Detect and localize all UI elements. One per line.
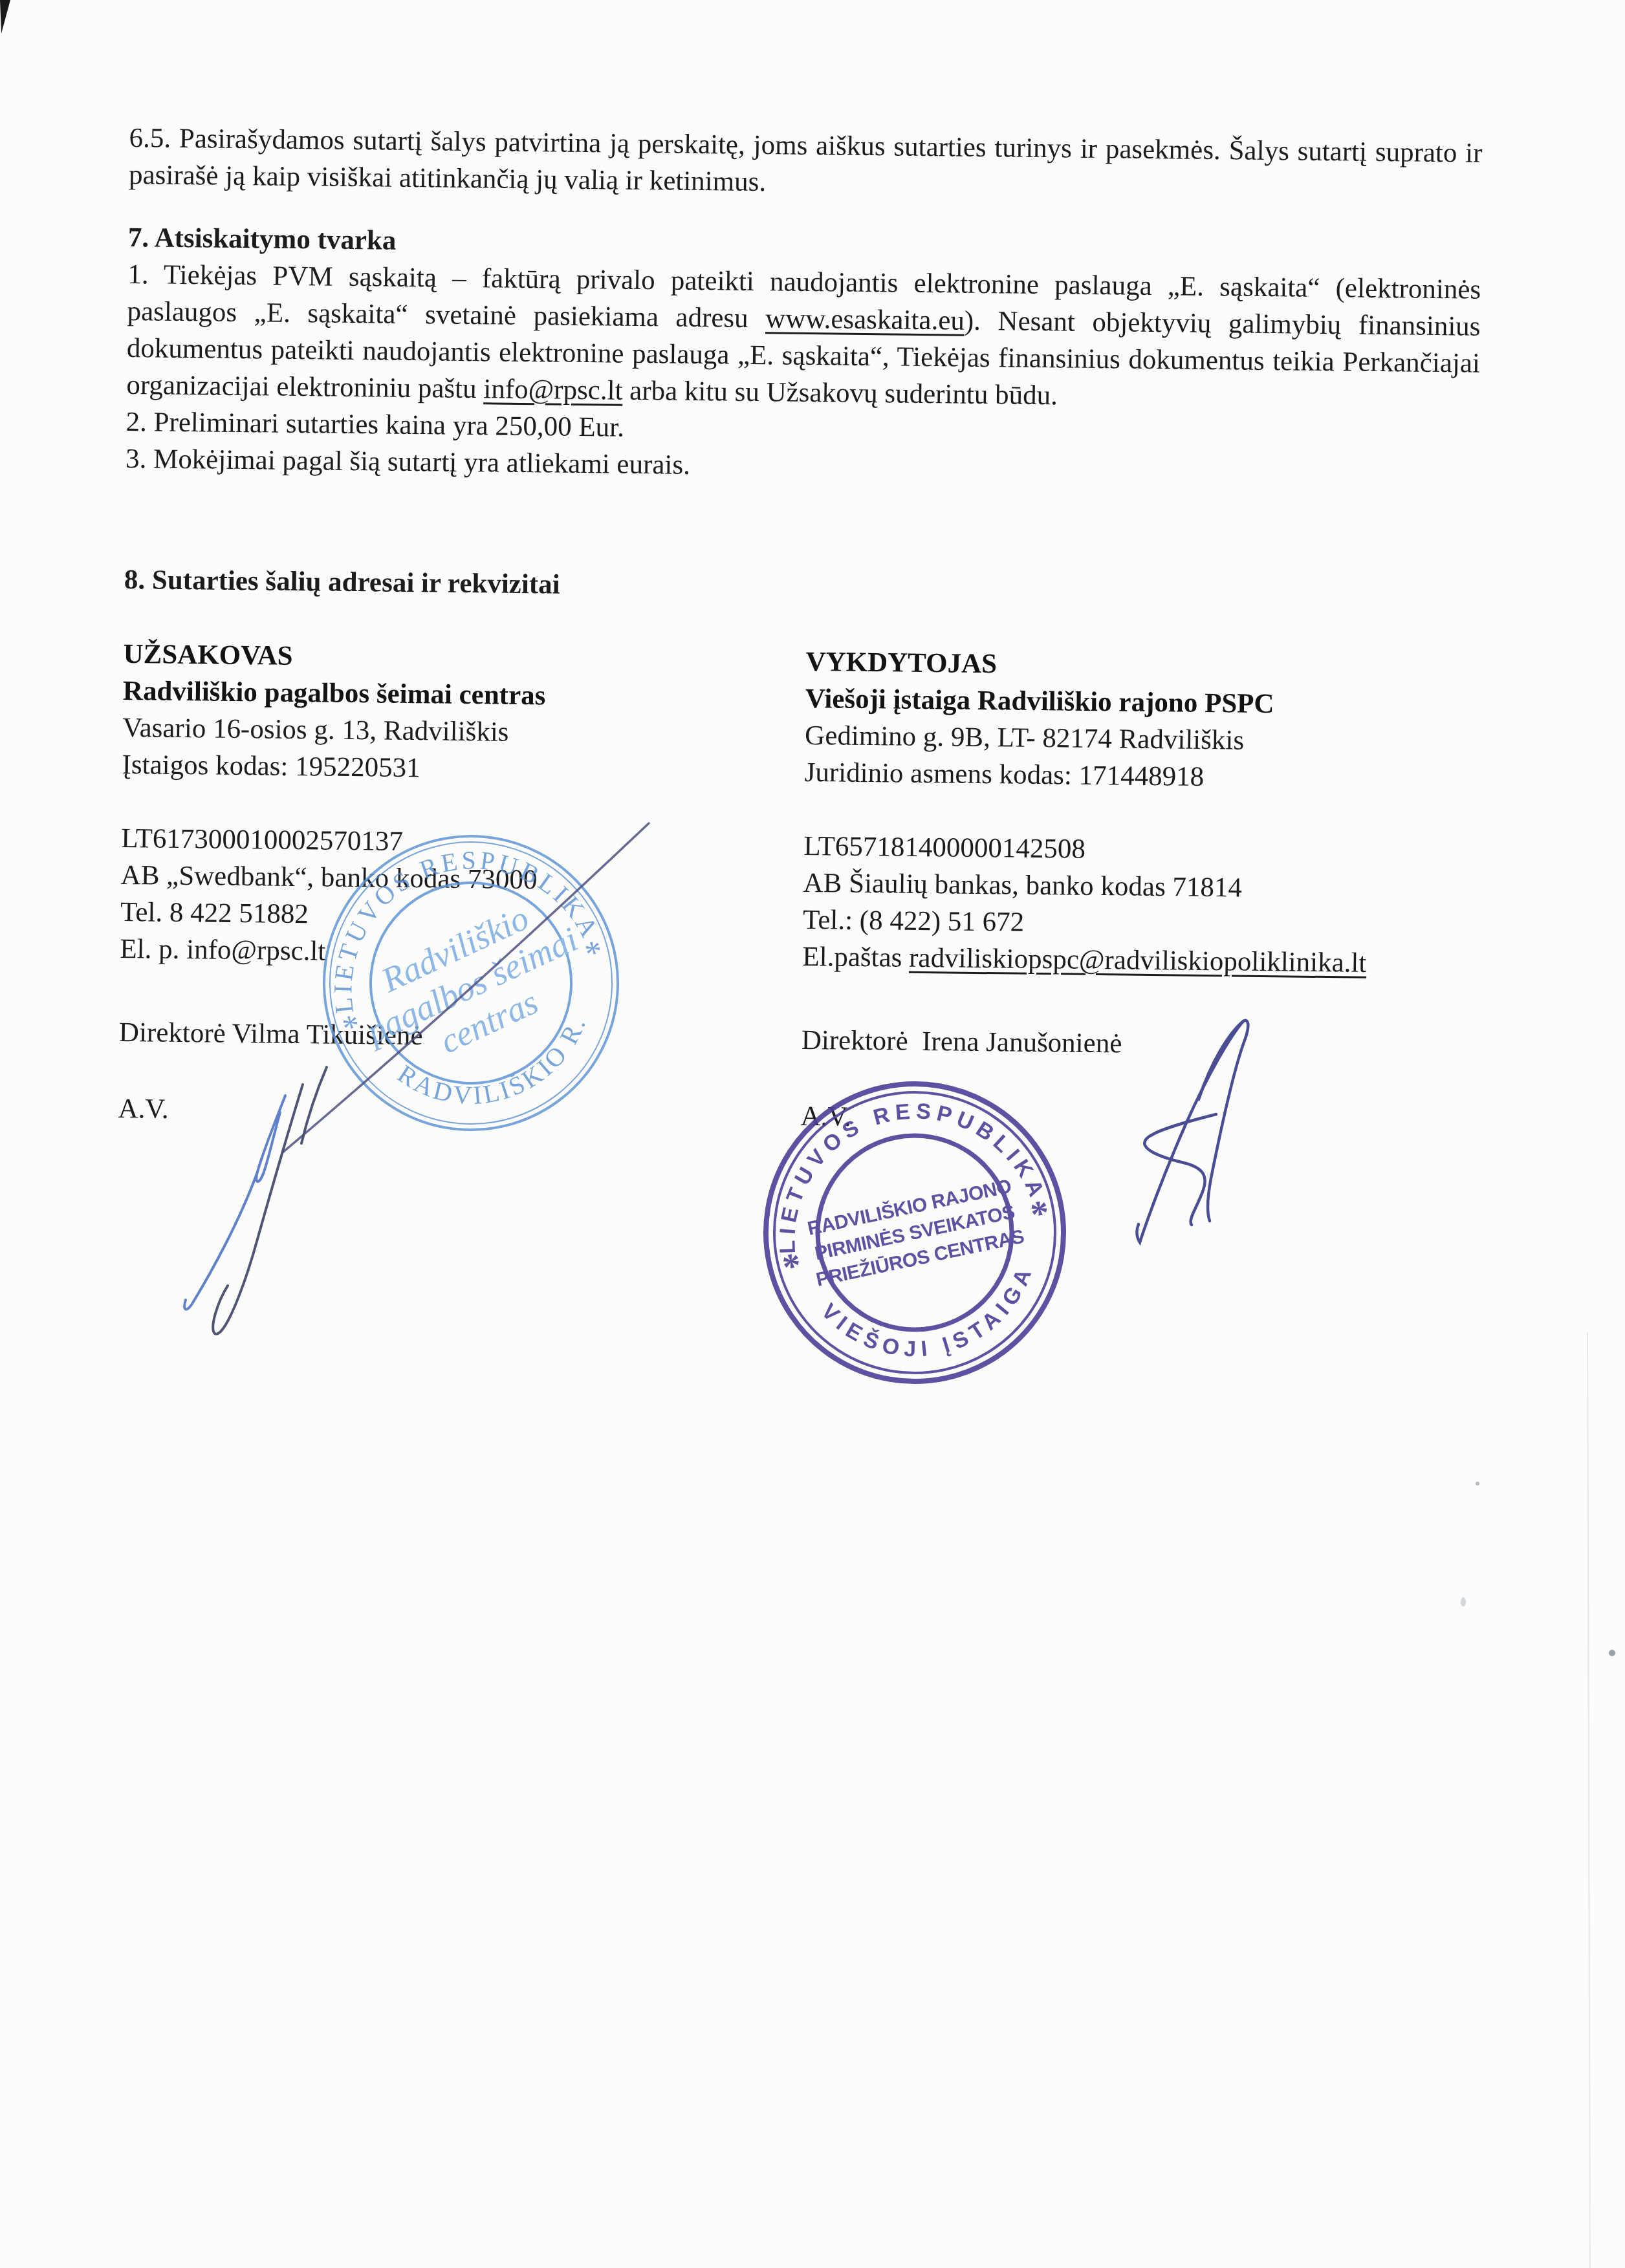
- right-signature: [1137, 1021, 1249, 1242]
- scan-speck-3: [1461, 1597, 1466, 1606]
- scan-speck-2: [1476, 1482, 1479, 1485]
- scan-artifacts: [0, 0, 1615, 2268]
- scan-edge-mark: [0, 0, 10, 34]
- scan-fold-line: [1587, 1332, 1590, 2268]
- signatures-and-artifacts-overlay: [0, 0, 1625, 2268]
- left-signature: [184, 823, 649, 1334]
- scanned-contract-page: 6.5. Pasirašydamos sutartį šalys patvirt…: [0, 0, 1625, 2268]
- scan-speck-1: [1609, 1650, 1615, 1656]
